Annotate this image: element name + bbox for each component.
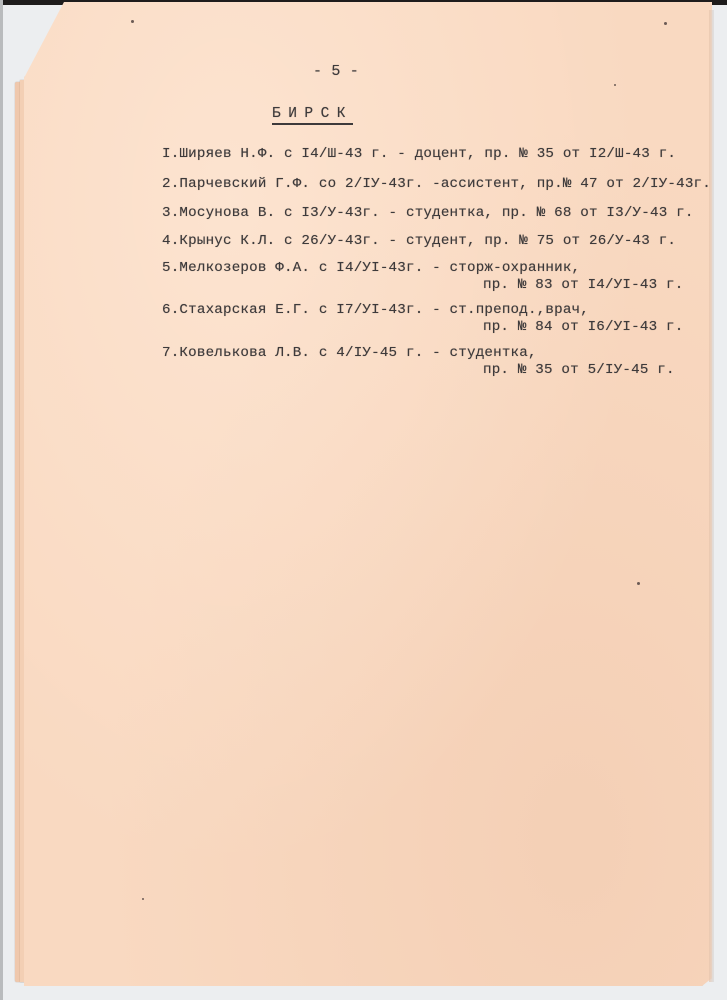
list-item-2: 2.Парчевский Г.Ф. со 2/IУ-43г. -ассистен… xyxy=(162,176,711,192)
paper-speck xyxy=(614,84,616,86)
scan-left-border xyxy=(0,0,3,1000)
page-number: - 5 - xyxy=(313,63,359,80)
list-item-7: 7.Ковелькова Л.В. с 4/IУ-45 г. - студент… xyxy=(162,345,537,361)
list-item-7-continuation: пр. № 35 от 5/IУ-45 г. xyxy=(483,362,675,378)
paper-speck xyxy=(142,898,144,900)
page-heading: БИРСК xyxy=(272,106,353,125)
list-item-1: I.Ширяев Н.Ф. с I4/Ш-43 г. - доцент, пр.… xyxy=(162,146,676,162)
paper-speck xyxy=(637,582,640,585)
list-item-5: 5.Мелкозеров Ф.А. с I4/УI-43г. - сторж-о… xyxy=(162,260,580,276)
list-item-5-continuation: пр. № 83 от I4/УI-43 г. xyxy=(483,277,683,293)
list-item-6: 6.Стахарская Е.Г. с I7/УI-43г. - ст.преп… xyxy=(162,302,589,318)
list-item-6-continuation: пр. № 84 от I6/УI-43 г. xyxy=(483,319,683,335)
page-edge xyxy=(709,10,714,982)
paper-speck xyxy=(664,22,667,25)
list-item-4: 4.Крынус К.Л. с 26/У-43г. - студент, пр.… xyxy=(162,233,676,249)
list-item-3: 3.Мосунова В. с I3/У-43г. - студентка, п… xyxy=(162,205,694,221)
paper-speck xyxy=(131,20,134,23)
